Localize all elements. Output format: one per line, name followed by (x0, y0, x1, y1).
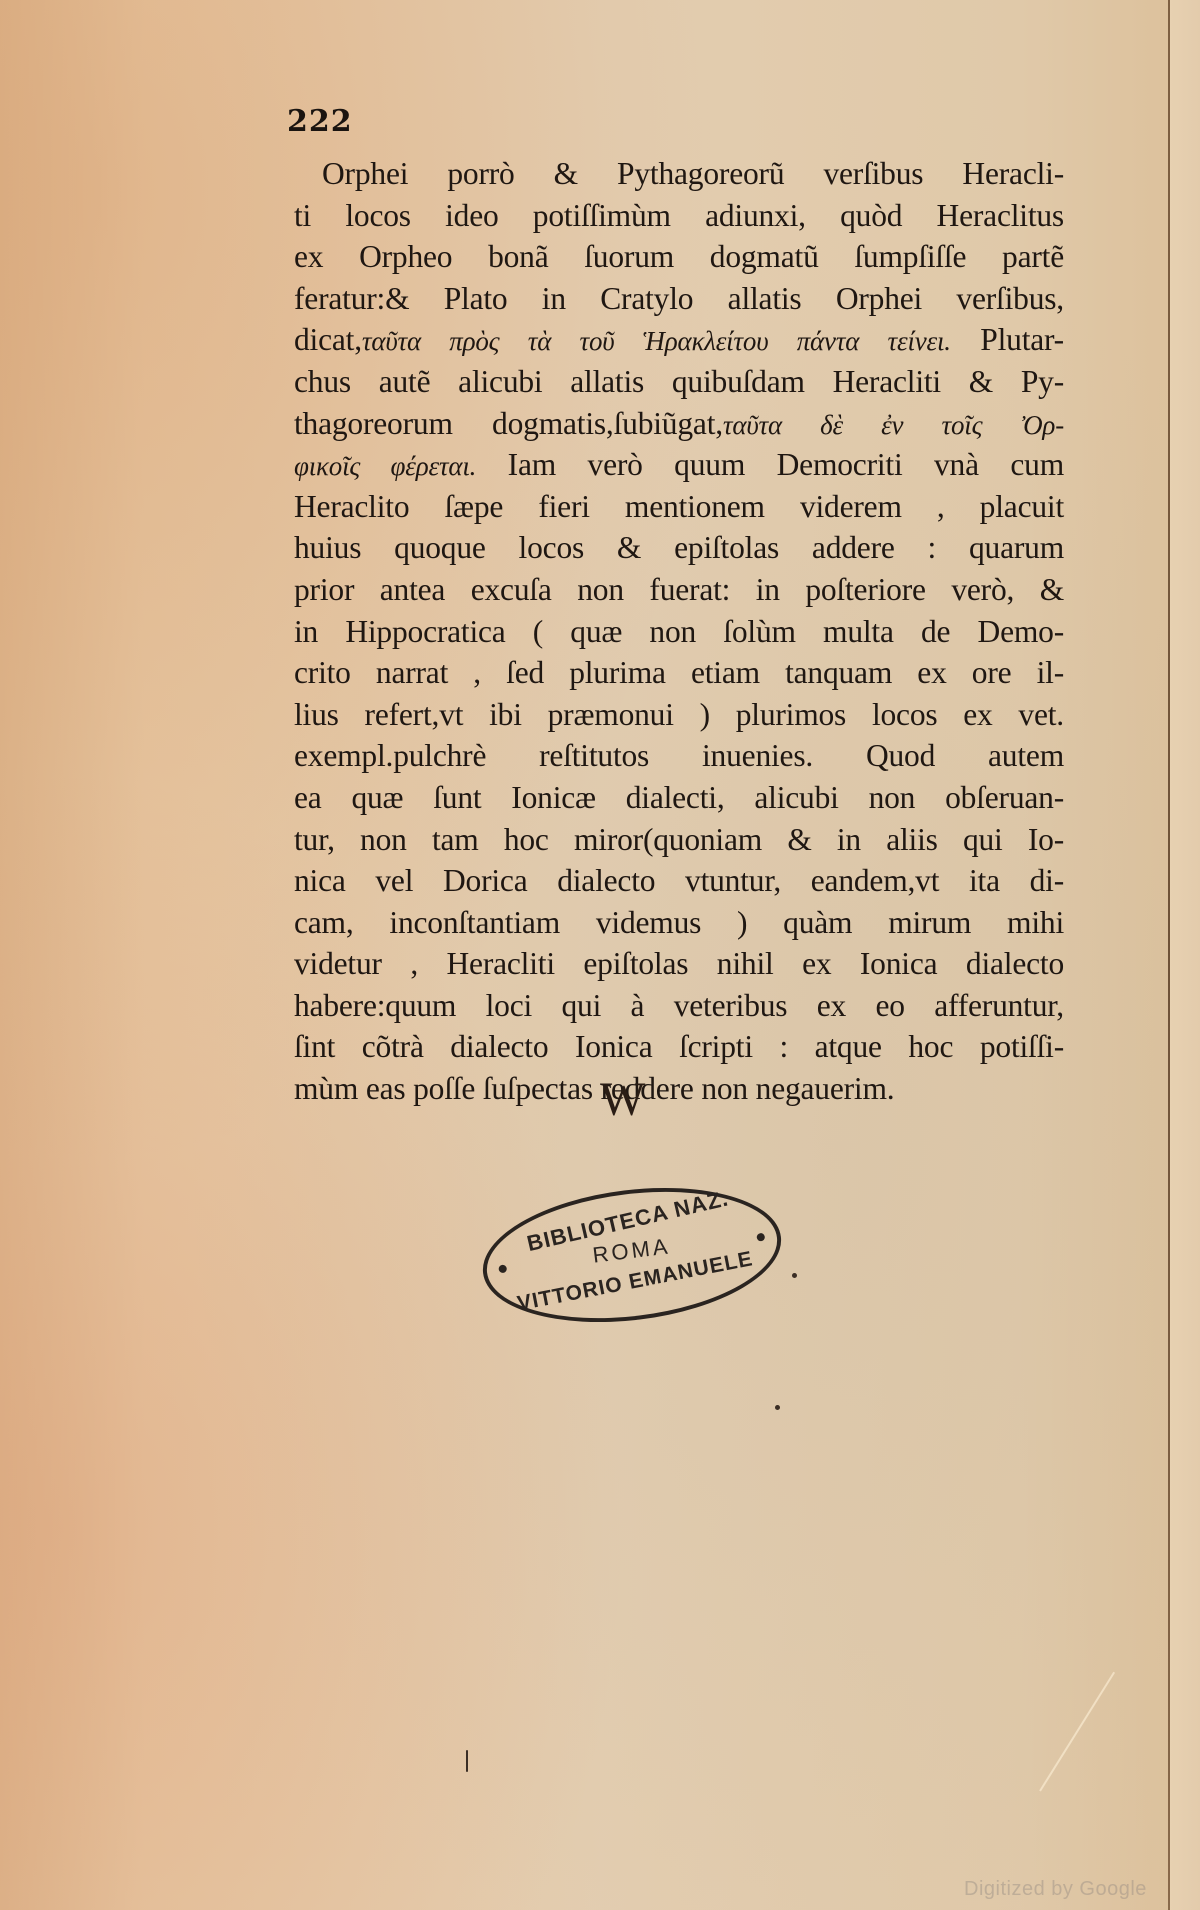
text-line: mùm eas poſſe ſuſpectas reddere non nega… (294, 1068, 1064, 1110)
latin-text: dicat, (294, 322, 362, 357)
text-line: dicat,ταῦτα πρὸς τὰ τοῦ Ἡρακλείτου πάντα… (294, 319, 1064, 361)
greek-quote: ταῦτα δὲ ἐν τοῖς Ὀρ- (723, 410, 1064, 440)
text-line: Orphei porrò & Pythagoreorũ verſibus Her… (294, 153, 1064, 195)
text-line: cam, inconſtantiam videmus ) quàm mirum … (294, 902, 1064, 944)
text-line: Heraclito ſæpe fieri mentionem viderem ,… (294, 486, 1064, 528)
library-stamp: BIBLIOTECA NAZ. ROMA VITTORIO EMANUELE (475, 1172, 789, 1338)
page-fold-line (1168, 0, 1170, 1910)
text-line: prior antea excuſa non fuerat: in poſter… (294, 569, 1064, 611)
ink-speck (792, 1273, 797, 1278)
text-line: lius refert,vt ibi præmonui ) plurimos l… (294, 694, 1064, 736)
text-line: chus autẽ alicubi allatis quibuſdam Hera… (294, 361, 1064, 403)
digitized-watermark: Digitized by Google (964, 1878, 1147, 1901)
greek-quote: φικοῖς φέρεται. (294, 451, 476, 481)
catchword: W (600, 1072, 645, 1127)
text-line: videtur , Heracliti epiſtolas nihil ex I… (294, 943, 1064, 985)
text-line: ti locos ideo potiſſimùm adiunxi, quòd H… (294, 195, 1064, 237)
text-line: exempl.pulchrè reſtitutos inuenies. Quod… (294, 735, 1064, 777)
text-line: nica vel Dorica dialecto vtuntur, eandem… (294, 860, 1064, 902)
text-line: in Hippocratica ( quæ non ſolùm multa de… (294, 611, 1064, 653)
text-line: feratur:& Plato in Cratylo allatis Orphe… (294, 278, 1064, 320)
text-line: φικοῖς φέρεται. Iam verò quum Democriti … (294, 444, 1064, 486)
text-line: habere:quum loci qui à veteribus ex eo a… (294, 985, 1064, 1027)
greek-quote: ταῦτα πρὸς τὰ τοῦ Ἡρακλείτου πάντα τείνε… (362, 326, 951, 356)
latin-text: Plutar- (951, 322, 1064, 357)
text-line: huius quoque locos & epiſtolas addere : … (294, 527, 1064, 569)
body-text: Orphei porrò & Pythagoreorũ verſibus Her… (294, 153, 1064, 1110)
text-line: thagoreorum dogmatis,ſubiũgat,ταῦτα δὲ ἐ… (294, 403, 1064, 445)
text-line: ea quæ ſunt Ionicæ dialecti, alicubi non… (294, 777, 1064, 819)
adjacent-page-edge (1170, 0, 1200, 1910)
ink-mark (466, 1750, 468, 1772)
latin-text: thagoreorum dogmatis,ſubiũgat, (294, 406, 723, 441)
ink-speck (775, 1405, 780, 1410)
text-line: ex Orpheo bonã ſuorum dogmatũ ſumpſiſſe … (294, 236, 1064, 278)
text-line: ſint cõtrà dialecto Ionica ſcripti : atq… (294, 1026, 1064, 1068)
text-line: crito narrat , ſed plurima etiam tanquam… (294, 652, 1064, 694)
latin-text: Iam verò quum Democriti vnà cum (476, 447, 1064, 482)
text-line: tur, non tam hoc miror(quoniam & in alii… (294, 819, 1064, 861)
corner-crease (1039, 1672, 1115, 1792)
page-number: 222 (287, 104, 353, 139)
